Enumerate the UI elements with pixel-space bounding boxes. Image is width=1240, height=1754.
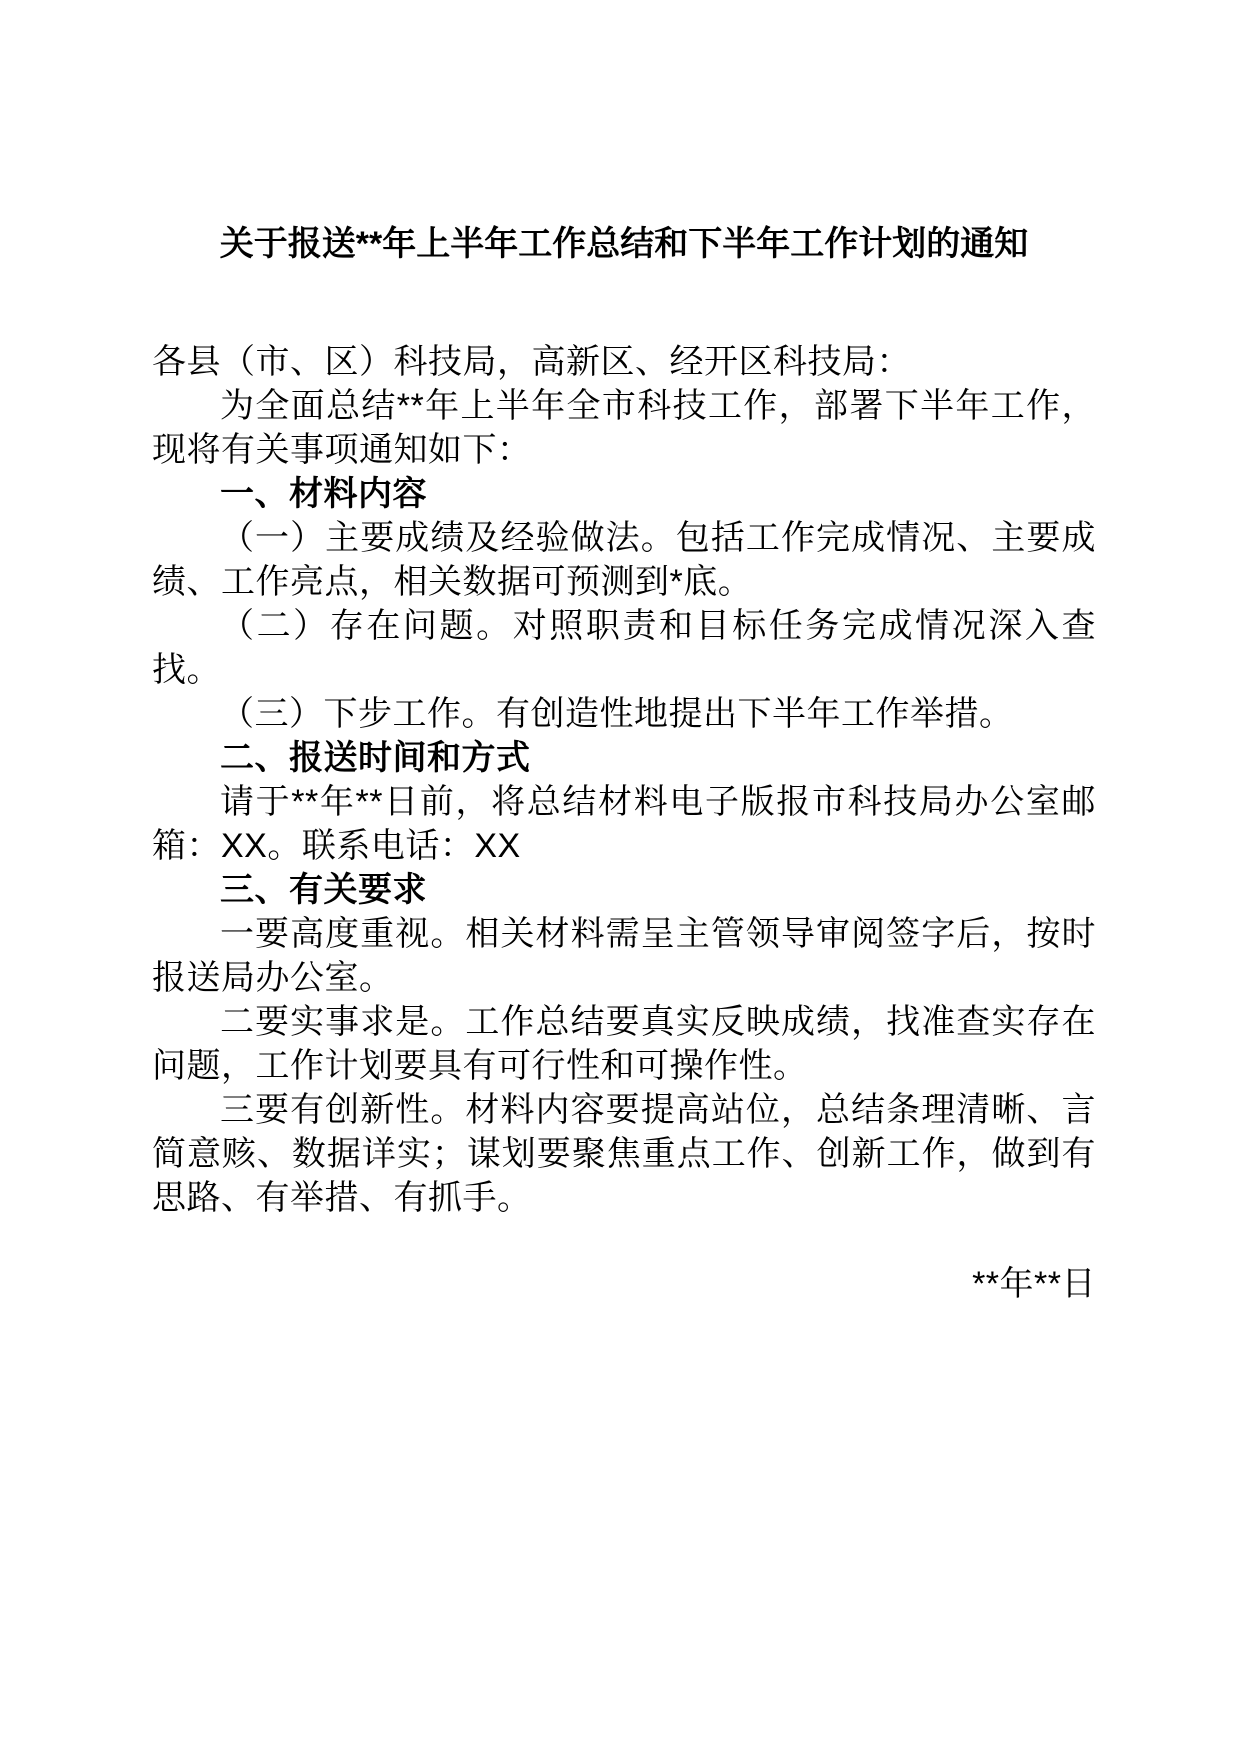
paragraph: 请于**年**日前，将总结材料电子版报市科技局办公室邮箱：XX。联系电话：XX <box>152 780 1096 868</box>
signoff-date: **年**日 <box>152 1262 1096 1306</box>
paragraph: 为全面总结**年上半年全市科技工作，部署下半年工作，现将有关事项通知如下： <box>152 384 1096 472</box>
document-content: 关于报送**年上半年工作总结和下半年工作计划的通知 各县（市、区）科技局，高新区… <box>152 222 1096 1306</box>
paragraph: 各县（市、区）科技局，高新区、经开区科技局： <box>152 340 1096 384</box>
section-heading: 一、材料内容 <box>152 472 1096 516</box>
document-page: 关于报送**年上半年工作总结和下半年工作计划的通知 各县（市、区）科技局，高新区… <box>0 0 1240 1754</box>
paragraph: （一）主要成绩及经验做法。包括工作完成情况、主要成绩、工作亮点，相关数据可预测到… <box>152 516 1096 604</box>
section-heading: 三、有关要求 <box>152 868 1096 912</box>
paragraph: （二）存在问题。对照职责和目标任务完成情况深入查找。 <box>152 604 1096 692</box>
document-title: 关于报送**年上半年工作总结和下半年工作计划的通知 <box>152 222 1096 266</box>
paragraph: （三）下步工作。有创造性地提出下半年工作举措。 <box>152 692 1096 736</box>
paragraph: 一要高度重视。相关材料需呈主管领导审阅签字后，按时报送局办公室。 <box>152 912 1096 1000</box>
paragraph: 三要有创新性。材料内容要提高站位，总结条理清晰、言简意赅、数据详实；谋划要聚焦重… <box>152 1088 1096 1220</box>
section-heading: 二、报送时间和方式 <box>152 736 1096 780</box>
paragraph: 二要实事求是。工作总结要真实反映成绩，找准查实存在问题，工作计划要具有可行性和可… <box>152 1000 1096 1088</box>
paragraph-list: 各县（市、区）科技局，高新区、经开区科技局：为全面总结**年上半年全市科技工作，… <box>152 340 1096 1220</box>
